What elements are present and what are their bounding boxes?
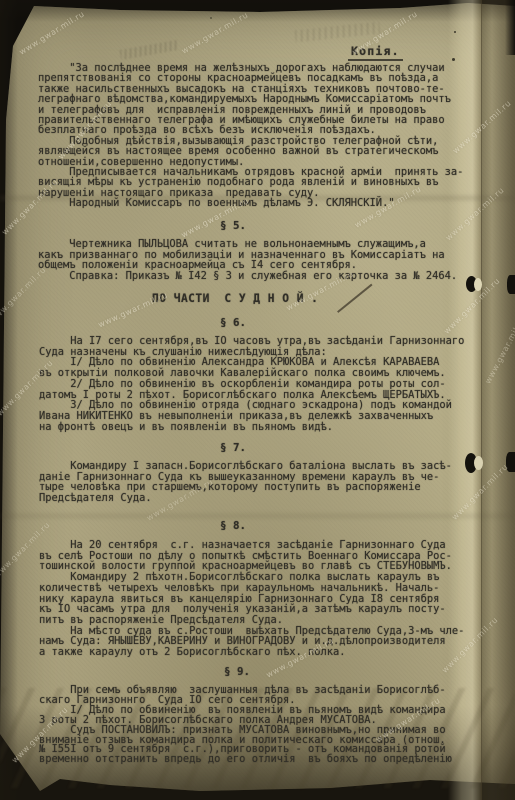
section-8-heading: § 8.	[220, 519, 246, 532]
section-9-body: При семъ объявляю заслушанныя дѣла въ за…	[39, 686, 452, 765]
section-6-body: На I7 сего сентября,въ IO часовъ утра,въ…	[39, 336, 464, 432]
section-7-body: Командиру I запасн.Борисоглѣбскаго батал…	[39, 461, 452, 504]
intro-order-text: "За послѣднее время на желѣзныхъ дорогах…	[38, 63, 463, 209]
section-5-heading: § 5.	[220, 219, 246, 232]
section-9-heading: § 9.	[224, 665, 250, 678]
section-8-body: На 20 сентября с.г. назначается засѣдані…	[39, 540, 464, 658]
copy-stamp: Копія.	[348, 44, 403, 61]
section-7-heading: § 7.	[220, 441, 246, 454]
section-5-body: Чертежника ПЫЛЬЦОВА считать не вольнонае…	[38, 239, 457, 282]
document-scan: Копія. "За послѣднее время на желѣзныхъ …	[0, 0, 515, 800]
court-section-header: ПО ЧАСТИ С У Д Н О Й .	[152, 292, 318, 305]
section-6-heading: § 6.	[220, 316, 246, 329]
